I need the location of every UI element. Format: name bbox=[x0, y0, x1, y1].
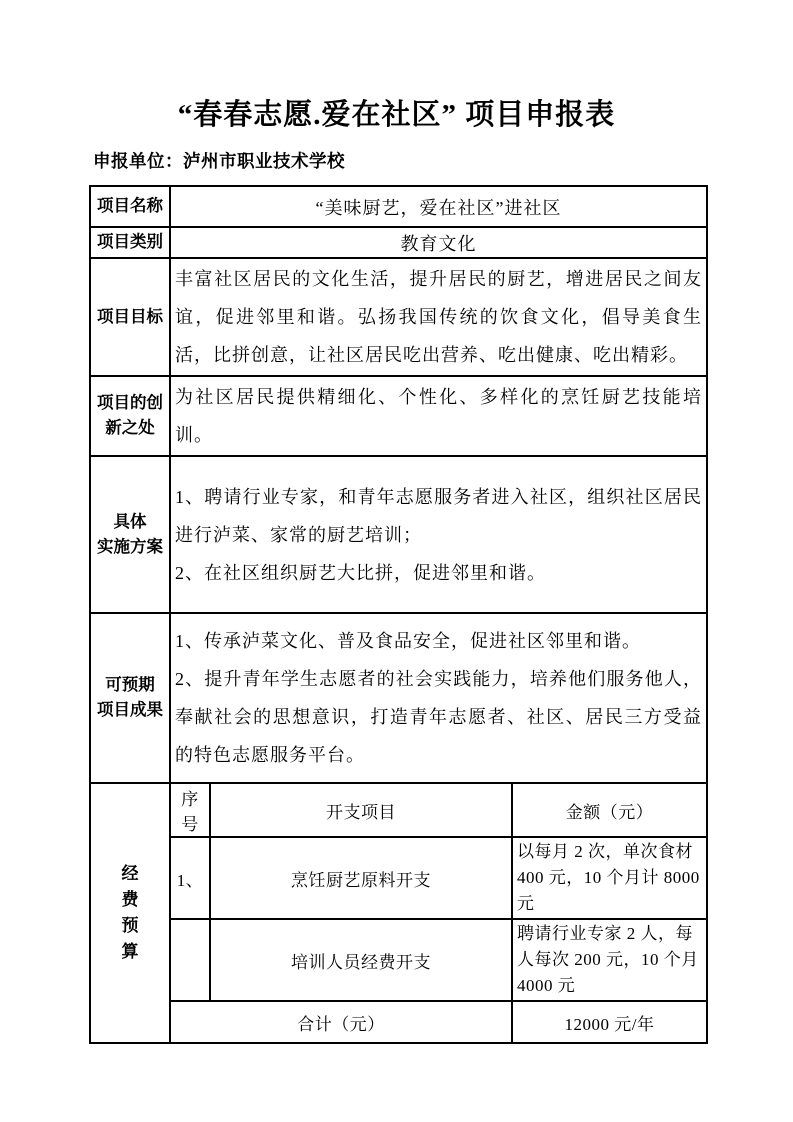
row-project-goal: 项目目标 丰富社区居民的文化生活，提升居民的厨艺，增进居民之间友谊，促进邻里和谐… bbox=[90, 258, 707, 376]
applicant-unit: 申报单位：泸州市职业技术学校 bbox=[93, 148, 345, 173]
row-project-name: 项目名称 “美味厨艺，爱在社区”进社区 bbox=[90, 186, 707, 227]
budget-row-2: 培训人员经费开支 聘请行业专家 2 人，每人每次 200 元，10 个月 400… bbox=[90, 919, 707, 1001]
row-implementation-plan: 具体 实施方案 1、聘请行业专家，和青年志愿服务者进入社区，组织社区居民进行泸菜… bbox=[90, 456, 707, 613]
row-project-innovation: 项目的创 新之处 为社区居民提供精细化、个性化、多样化的烹饪厨艺技能培训。 bbox=[90, 376, 707, 456]
row-project-category: 项目类别 教育文化 bbox=[90, 227, 707, 258]
budget-total-label: 合计（元） bbox=[170, 1001, 512, 1043]
project-innovation-label: 项目的创 新之处 bbox=[90, 376, 170, 456]
implementation-plan-value: 1、聘请行业专家，和青年志愿服务者进入社区，组织社区居民进行泸菜、家常的厨艺培训… bbox=[170, 456, 707, 613]
row-budget-header: 经 费 预 算 序号 开支项目 金额（元） bbox=[90, 783, 707, 837]
application-form-table: 项目名称 “美味厨艺，爱在社区”进社区 项目类别 教育文化 项目目标 丰富社区居… bbox=[89, 185, 708, 1044]
project-category-label: 项目类别 bbox=[90, 227, 170, 258]
project-name-value: “美味厨艺，爱在社区”进社区 bbox=[170, 186, 707, 227]
expected-results-value: 1、传承泸菜文化、普及食品安全，促进社区邻里和谐。 2、提升青年学生志愿者的社会… bbox=[170, 613, 707, 783]
budget-row2-index bbox=[170, 919, 210, 1001]
budget-header-amount: 金额（元） bbox=[512, 783, 707, 837]
budget-row2-amount: 聘请行业专家 2 人，每人每次 200 元，10 个月 4000 元 bbox=[512, 919, 707, 1001]
budget-row1-index: 1、 bbox=[170, 837, 210, 919]
project-goal-value: 丰富社区居民的文化生活，提升居民的厨艺，增进居民之间友谊，促进邻里和谐。弘扬我国… bbox=[170, 258, 707, 376]
document-page: “春春志愿.爱在社区” 项目申报表 申报单位：泸州市职业技术学校 项目名称 “美… bbox=[0, 0, 793, 1122]
budget-row1-item: 烹饪厨艺原料开支 bbox=[210, 837, 512, 919]
budget-label: 经 费 预 算 bbox=[90, 783, 170, 1043]
budget-row-1: 1、 烹饪厨艺原料开支 以每月 2 次，单次食材 400 元，10 个月计 80… bbox=[90, 837, 707, 919]
page-title: “春春志愿.爱在社区” 项目申报表 bbox=[0, 92, 793, 133]
budget-row1-amount: 以每月 2 次，单次食材 400 元，10 个月计 8000 元 bbox=[512, 837, 707, 919]
project-name-label: 项目名称 bbox=[90, 186, 170, 227]
implementation-plan-label: 具体 实施方案 bbox=[90, 456, 170, 613]
budget-header-index: 序号 bbox=[170, 783, 210, 837]
budget-header-item: 开支项目 bbox=[210, 783, 512, 837]
budget-row2-item: 培训人员经费开支 bbox=[210, 919, 512, 1001]
project-innovation-value: 为社区居民提供精细化、个性化、多样化的烹饪厨艺技能培训。 bbox=[170, 376, 707, 456]
project-category-value: 教育文化 bbox=[170, 227, 707, 258]
budget-total-value: 12000 元/年 bbox=[512, 1001, 707, 1043]
expected-results-label: 可预期 项目成果 bbox=[90, 613, 170, 783]
budget-total-row: 合计（元） 12000 元/年 bbox=[90, 1001, 707, 1043]
project-goal-label: 项目目标 bbox=[90, 258, 170, 376]
row-expected-results: 可预期 项目成果 1、传承泸菜文化、普及食品安全，促进社区邻里和谐。 2、提升青… bbox=[90, 613, 707, 783]
